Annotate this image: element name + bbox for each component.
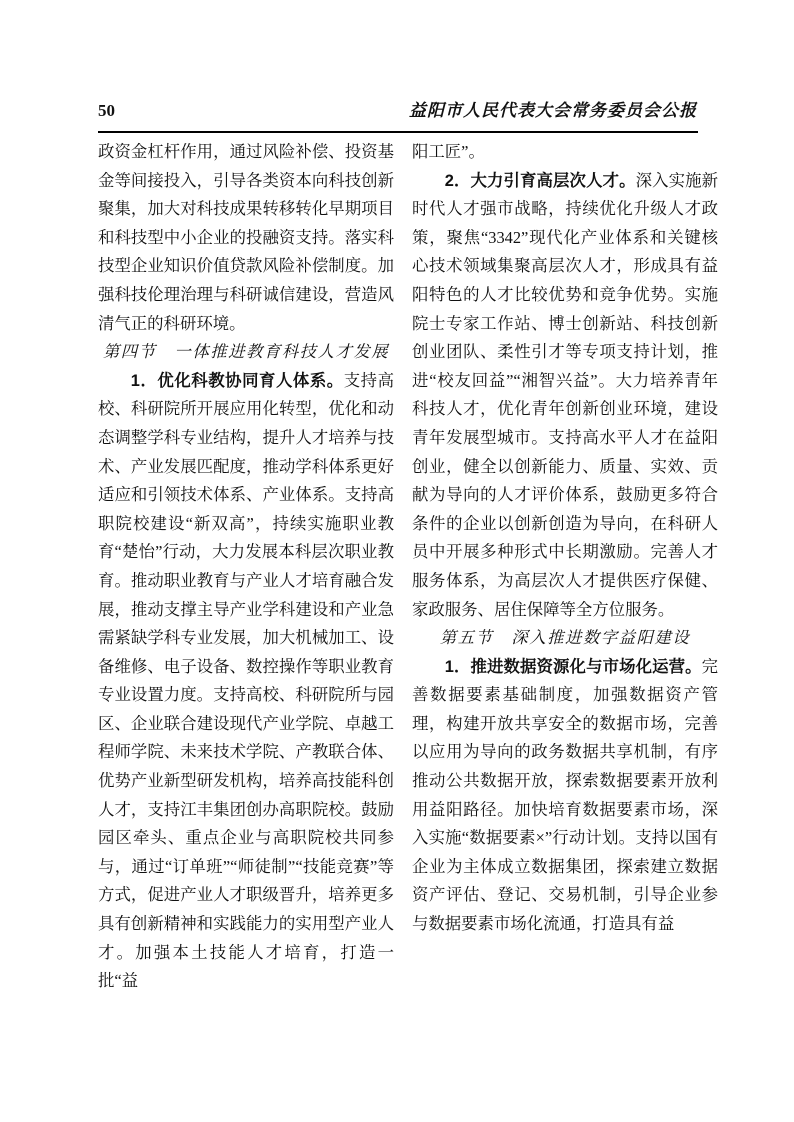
paragraph-text: 政资金杠杆作用，通过风险补偿、投资基金等间接投入，引导各类资本向科技创新聚集，加… [98, 142, 394, 333]
run-in-heading: 1．推进数据资源化与市场化运营。 [445, 658, 702, 676]
paragraph: 1．优化科教协同育人体系。支持高校、科研院所开展应用化转型，优化和动态调整学科专… [98, 367, 394, 996]
paragraph: 2．大力引育高层次人才。深入实施新时代人才强市战略，持续优化升级人才政策，聚焦“… [412, 167, 718, 625]
paragraph-text: 深入实施新时代人才强市战略，持续优化升级人才政策，聚焦“3342”现代化产业体系… [412, 171, 718, 619]
paragraph-text: 支持高校、科研院所开展应用化转型，优化和动态调整学科专业结构，提升人才培养与技术… [98, 371, 394, 990]
header-rule [98, 131, 698, 133]
section-heading: 第四节 一体推进教育科技人才发展 [98, 338, 394, 367]
section-heading: 第五节 深入推进数字益阳建设 [412, 624, 718, 653]
section-heading-text: 第四节 一体推进教育科技人才发展 [103, 342, 389, 361]
text-column-left: 政资金杠杆作用，通过风险补偿、投资基金等间接投入，引导各类资本向科技创新聚集，加… [98, 138, 394, 996]
page-number: 50 [98, 102, 115, 119]
text-columns: 政资金杠杆作用，通过风险补偿、投资基金等间接投入，引导各类资本向科技创新聚集，加… [98, 138, 718, 996]
run-in-heading: 2．大力引育高层次人才。 [445, 172, 636, 190]
run-in-heading: 1．优化科教协同育人体系。 [131, 372, 344, 390]
paragraph-text: 阳工匠”。 [412, 142, 485, 161]
header-title: 益阳市人民代表大会常务委员会公报 [409, 102, 697, 119]
section-heading-text: 第五节 深入推进数字益阳建设 [440, 628, 690, 647]
text-column-right: 阳工匠”。 2．大力引育高层次人才。深入实施新时代人才强市战略，持续优化升级人才… [412, 138, 718, 939]
paragraph-text: 完善数据要素基础制度，加强数据资产管理，构建开放共享安全的数据市场，完善以应用为… [412, 657, 718, 933]
paragraph: 1．推进数据资源化与市场化运营。完善数据要素基础制度，加强数据资产管理，构建开放… [412, 653, 718, 939]
paragraph: 政资金杠杆作用，通过风险补偿、投资基金等间接投入，引导各类资本向科技创新聚集，加… [98, 138, 394, 338]
paragraph: 阳工匠”。 [412, 138, 718, 167]
document-page: 50 益阳市人民代表大会常务委员会公报 政资金杠杆作用，通过风险补偿、投资基金等… [0, 0, 794, 1122]
page-header: 50 益阳市人民代表大会常务委员会公报 [98, 102, 697, 119]
